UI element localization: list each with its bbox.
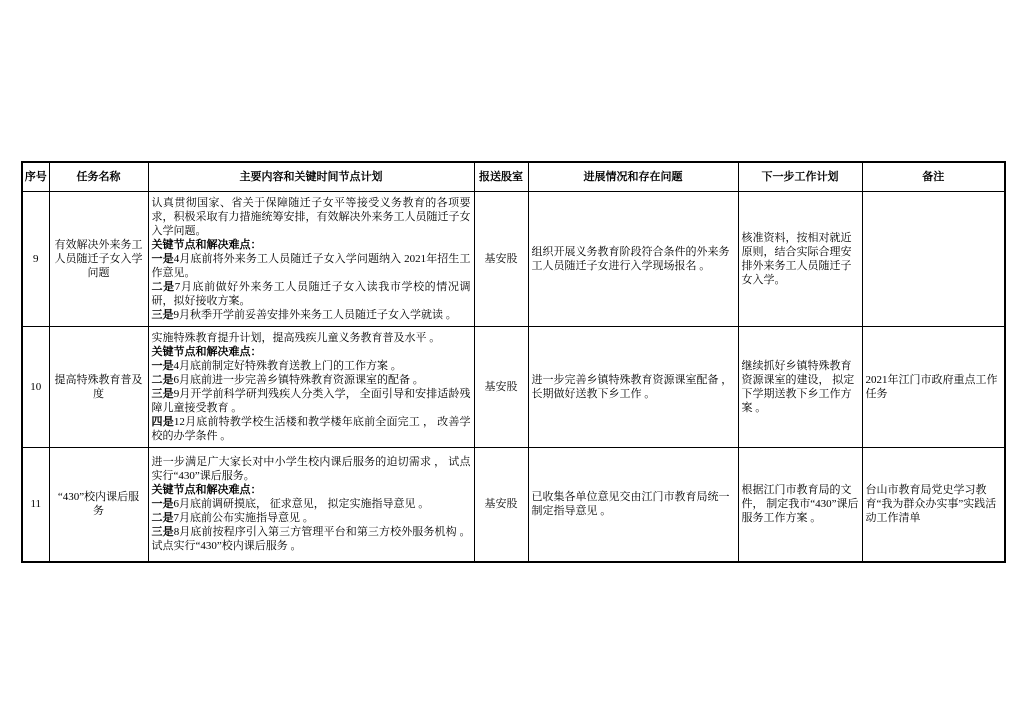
cell-progress: 组织开展义务教育阶段符合条件的外来务工人员随迁子女进行入学现场报名 。	[528, 191, 738, 326]
cell-task-name: “430”校内课后服务	[49, 447, 148, 562]
point-lead: 二是	[152, 374, 174, 386]
key-points-label: 关键节点和解决难点：	[152, 345, 471, 359]
key-point: 三是9月秋季开学前妥善安排外来务工人员随迁子女入学就读 。	[152, 308, 471, 322]
table-row: 10 提高特殊教育普及度 实施特殊教育提升计划，提高残疾儿童义务教育普及水平 。…	[22, 326, 1005, 447]
col-header-serial: 序号	[22, 162, 49, 191]
point-text: 4月底前将外来务工人员随迁子女入学问题纳入 2021年招生工作意见。	[152, 253, 471, 279]
content-intro: 进一步满足广大家长对中小学生校内课后服务的迫切需求 ， 试点实行“430”课后服…	[152, 455, 471, 483]
cell-serial: 11	[22, 447, 49, 562]
content-intro: 认真贯彻国家、省关于保障随迁子女平等接受义务教育的各项要求，积极采取有力措施统筹…	[152, 196, 471, 238]
col-header-task-name: 任务名称	[49, 162, 148, 191]
key-point: 二是7月底前公布实施指导意见 。	[152, 511, 471, 525]
key-point: 三是9月开学前科学研判残疾人分类入学， 全面引导和安排适龄残障儿童接受教育 。	[152, 387, 471, 415]
cell-remarks: 2021年江门市政府重点工作任务	[862, 326, 1005, 447]
col-header-next-steps: 下一步工作计划	[738, 162, 862, 191]
key-points-label: 关键节点和解决难点：	[152, 238, 471, 252]
cell-serial: 9	[22, 191, 49, 326]
key-point: 四是12月底前特教学校生活楼和教学楼年底前全面完工 ， 改善学校的办学条件 。	[152, 415, 471, 443]
point-text: 8月底前按程序引入第三方管理平台和第三方校外服务机构 。试点实行“430”校内课…	[152, 526, 471, 552]
cell-main-content: 认真贯彻国家、省关于保障随迁子女平等接受义务教育的各项要求，积极采取有力措施统筹…	[148, 191, 474, 326]
col-header-remarks: 备注	[862, 162, 1005, 191]
cell-reporting-section: 基安股	[474, 326, 528, 447]
task-plan-table: 序号 任务名称 主要内容和关键时间节点计划 报送股室 进展情况和存在问题 下一步…	[21, 161, 1006, 563]
cell-remarks: 台山市教育局党史学习教育“我为群众办实事”实践活动工作清单	[862, 447, 1005, 562]
cell-remarks	[862, 191, 1005, 326]
point-lead: 一是	[152, 360, 174, 372]
cell-task-name: 有效解决外来务工人员随迁子女入学问题	[49, 191, 148, 326]
point-lead: 三是	[152, 309, 174, 321]
col-header-main-content: 主要内容和关键时间节点计划	[148, 162, 474, 191]
table-row: 11 “430”校内课后服务 进一步满足广大家长对中小学生校内课后服务的迫切需求…	[22, 447, 1005, 562]
cell-main-content: 实施特殊教育提升计划，提高残疾儿童义务教育普及水平 。 关键节点和解决难点： 一…	[148, 326, 474, 447]
point-text: 4月底前制定好特殊教育送教上门的工作方案 。	[174, 360, 402, 372]
point-text: 12月底前特教学校生活楼和教学楼年底前全面完工 ， 改善学校的办学条件 。	[152, 416, 471, 442]
point-text: 6月底前调研摸底， 征求意见， 拟定实施指导意见 。	[174, 498, 430, 510]
key-point: 一是4月底前将外来务工人员随迁子女入学问题纳入 2021年招生工作意见。	[152, 252, 471, 280]
key-points-label: 关键节点和解决难点：	[152, 483, 471, 497]
point-lead: 三是	[152, 526, 174, 538]
point-text: 9月开学前科学研判残疾人分类入学， 全面引导和安排适龄残障儿童接受教育 。	[152, 388, 471, 414]
content-intro: 实施特殊教育提升计划，提高残疾儿童义务教育普及水平 。	[152, 331, 471, 345]
point-text: 9月秋季开学前妥善安排外来务工人员随迁子女入学就读 。	[174, 309, 457, 321]
cell-main-content: 进一步满足广大家长对中小学生校内课后服务的迫切需求 ， 试点实行“430”课后服…	[148, 447, 474, 562]
point-lead: 二是	[152, 512, 174, 524]
key-point: 一是6月底前调研摸底， 征求意见， 拟定实施指导意见 。	[152, 497, 471, 511]
cell-progress: 进一步完善乡镇特殊教育资源课室配备 ，长期做好送教下乡工作 。	[528, 326, 738, 447]
point-text: 6月底前进一步完善乡镇特殊教育资源课室的配备 。	[174, 374, 424, 386]
cell-next-steps: 根据江门市教育局的文件， 制定我市“430”课后服务工作方案 。	[738, 447, 862, 562]
point-lead: 一是	[152, 253, 174, 265]
header-row: 序号 任务名称 主要内容和关键时间节点计划 报送股室 进展情况和存在问题 下一步…	[22, 162, 1005, 191]
col-header-progress: 进展情况和存在问题	[528, 162, 738, 191]
cell-reporting-section: 基安股	[474, 191, 528, 326]
cell-task-name: 提高特殊教育普及度	[49, 326, 148, 447]
key-point: 三是8月底前按程序引入第三方管理平台和第三方校外服务机构 。试点实行“430”校…	[152, 525, 471, 553]
cell-next-steps: 核准资料，按相对就近原则，结合实际合理安排外来务工人员随迁子女入学。	[738, 191, 862, 326]
key-point: 二是6月底前进一步完善乡镇特殊教育资源课室的配备 。	[152, 373, 471, 387]
cell-next-steps: 继续抓好乡镇特殊教育资源课室的建设， 拟定下学期送教下乡工作方案 。	[738, 326, 862, 447]
point-lead: 三是	[152, 388, 174, 400]
table-row: 9 有效解决外来务工人员随迁子女入学问题 认真贯彻国家、省关于保障随迁子女平等接…	[22, 191, 1005, 326]
key-point: 一是4月底前制定好特殊教育送教上门的工作方案 。	[152, 359, 471, 373]
document-page: 序号 任务名称 主要内容和关键时间节点计划 报送股室 进展情况和存在问题 下一步…	[0, 0, 1024, 724]
cell-serial: 10	[22, 326, 49, 447]
point-lead: 四是	[152, 416, 174, 428]
point-lead: 二是	[152, 281, 175, 293]
cell-progress: 已收集各单位意见交由江门市教育局统一制定指导意见 。	[528, 447, 738, 562]
point-lead: 一是	[152, 498, 174, 510]
key-point: 二是7月底前做好外来务工人员随迁子女入读我市学校的情况调研，拟好接收方案。	[152, 280, 471, 308]
point-text: 7月底前做好外来务工人员随迁子女入读我市学校的情况调研，拟好接收方案。	[152, 281, 471, 307]
point-text: 7月底前公布实施指导意见 。	[174, 512, 314, 524]
cell-reporting-section: 基安股	[474, 447, 528, 562]
col-header-reporting-section: 报送股室	[474, 162, 528, 191]
